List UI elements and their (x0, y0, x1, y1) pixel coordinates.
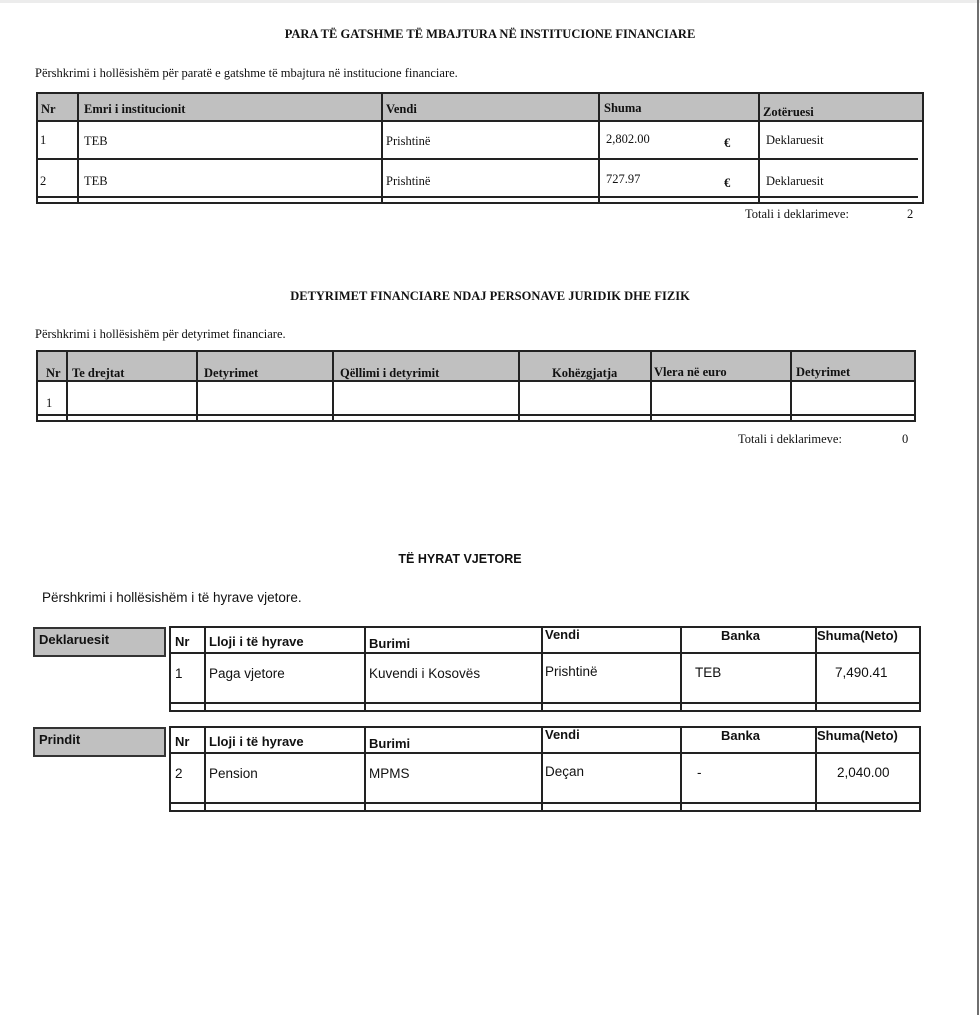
header-value-eur: Vlera në euro (654, 365, 727, 380)
col-divider (196, 352, 198, 420)
euro-icon: € (724, 136, 730, 151)
liabilities-section-description: Përshkrimi i hollësishëm për detyrimet f… (35, 327, 286, 342)
income-table-parents: Nr Lloji i të hyrave Burimi Vendi Banka … (169, 726, 921, 812)
col-divider (77, 94, 79, 202)
row2-source: MPMS (369, 766, 410, 781)
col-divider (541, 628, 543, 710)
col-divider (680, 628, 682, 710)
header-net-amount: Shuma(Neto) (817, 628, 898, 643)
header-obligations: Detyrimet (204, 366, 258, 381)
col-divider (364, 628, 366, 710)
liabilities-table: Nr Te drejtat Detyrimet Qëllimi i detyri… (36, 350, 916, 422)
row-divider (171, 702, 919, 704)
col-divider (650, 352, 652, 420)
row2-place: Prishtinë (386, 174, 430, 189)
row-divider (171, 802, 919, 804)
header-place: Vendi (545, 627, 580, 642)
header-institution: Emri i institucionit (84, 102, 185, 117)
row1-owner: Deklaruesit (766, 133, 824, 148)
row1-net-amount: 7,490.41 (835, 665, 888, 680)
col-divider (518, 352, 520, 420)
header-duration: Kohëzgjatja (552, 366, 617, 381)
row2-place: Deçan (545, 764, 584, 779)
col-divider (790, 352, 792, 420)
row2-nr: 2 (40, 174, 46, 189)
page-right-edge (977, 0, 979, 1015)
col-divider (204, 728, 206, 810)
income-section-description: Përshkrimi i hollësishëm i të hyrave vje… (42, 590, 302, 605)
header-amount: Shuma (604, 101, 642, 116)
row1-place: Prishtinë (545, 664, 598, 679)
row-divider (38, 196, 918, 198)
header-nr: Nr (175, 634, 189, 649)
row1-amount: 2,802.00 (606, 132, 650, 147)
liabilities-total-label: Totali i deklarimeve: (738, 432, 842, 447)
cash-section-title: PARA TË GATSHME TË MBAJTURA NË INSTITUCI… (0, 27, 980, 42)
row1-income-type: Paga vjetore (209, 666, 285, 681)
header-nr: Nr (41, 102, 56, 117)
header-net-amount: Shuma(Neto) (817, 728, 898, 743)
col-divider (541, 728, 543, 810)
liabilities-total-value: 0 (902, 432, 908, 447)
row1-nr: 1 (40, 133, 46, 148)
cash-total-label: Totali i deklarimeve: (745, 207, 849, 222)
col-divider (680, 728, 682, 810)
header-owner: Zotëruesi (763, 105, 814, 120)
income-owner-label: Prindit (33, 727, 166, 757)
row-divider (171, 752, 919, 754)
row2-bank: - (697, 765, 702, 780)
row2-income-type: Pension (209, 766, 258, 781)
row1-nr: 1 (46, 396, 52, 411)
header-income-type: Lloji i të hyrave (209, 734, 304, 749)
row1-nr: 1 (175, 666, 183, 681)
row2-amount: 727.97 (606, 172, 640, 187)
col-divider (758, 94, 760, 202)
page-top-shade (0, 0, 980, 3)
row-divider (171, 652, 919, 654)
header-bank: Banka (721, 628, 760, 643)
cash-total-value: 2 (907, 207, 913, 222)
row-divider (38, 414, 914, 416)
header-bank: Banka (721, 728, 760, 743)
row2-nr: 2 (175, 766, 183, 781)
row1-source: Kuvendi i Kosovës (369, 666, 480, 681)
header-rights: Te drejtat (72, 366, 124, 381)
row-divider (38, 158, 918, 160)
header-nr: Nr (175, 734, 189, 749)
euro-icon: € (724, 176, 730, 191)
header-source: Burimi (369, 636, 410, 651)
header-obligations-2: Detyrimet (796, 365, 850, 380)
cash-table: Nr Emri i institucionit Vendi Shuma Zotë… (36, 92, 924, 204)
col-divider (598, 94, 600, 202)
header-nr: Nr (46, 366, 61, 381)
col-divider (204, 628, 206, 710)
liabilities-section-title: DETYRIMET FINANCIARE NDAJ PERSONAVE JURI… (0, 289, 980, 304)
header-income-type: Lloji i të hyrave (209, 634, 304, 649)
row1-bank: TEB (695, 665, 721, 680)
income-table-declarant: Nr Lloji i të hyrave Burimi Vendi Banka … (169, 626, 921, 712)
row2-owner: Deklaruesit (766, 174, 824, 189)
row1-institution: TEB (84, 134, 108, 149)
header-source: Burimi (369, 736, 410, 751)
row2-institution: TEB (84, 174, 108, 189)
liabilities-table-header (38, 352, 914, 382)
income-owner-label: Deklaruesit (33, 627, 166, 657)
row2-net-amount: 2,040.00 (837, 765, 890, 780)
income-section-title: TË HYRAT VJETORE (0, 552, 920, 566)
col-divider (66, 352, 68, 420)
col-divider (381, 94, 383, 202)
row1-place: Prishtinë (386, 134, 430, 149)
header-place: Vendi (545, 727, 580, 742)
col-divider (364, 728, 366, 810)
header-purpose: Qëllimi i detyrimit (340, 366, 439, 381)
header-place: Vendi (386, 102, 417, 117)
cash-section-description: Përshkrimi i hollësishëm për paratë e ga… (35, 66, 458, 81)
col-divider (332, 352, 334, 420)
